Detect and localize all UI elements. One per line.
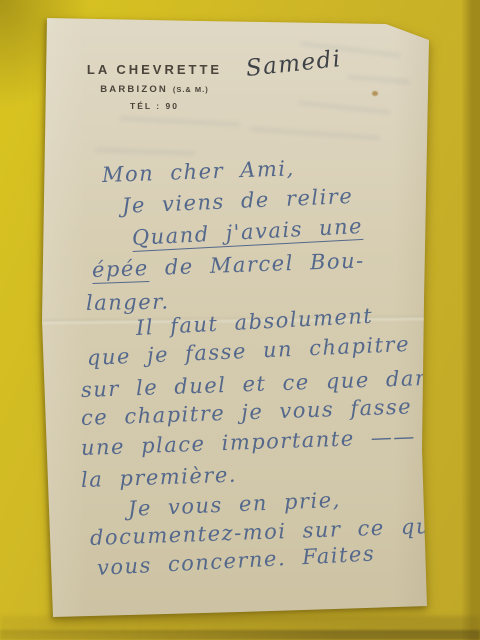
ink-showthrough — [298, 101, 390, 114]
ink-showthrough — [95, 148, 195, 154]
handwritten-line: langer. — [86, 290, 170, 315]
ink-showthrough — [120, 117, 240, 126]
ink-showthrough — [250, 127, 380, 139]
line-rest: de Marcel Bou- — [148, 248, 365, 280]
handwritten-line: Quand j'avais une — [131, 214, 363, 250]
handwritten-date: Samedi — [245, 46, 343, 82]
underlined-word: épée — [92, 256, 150, 284]
handwritten-line: une place importante —— — [81, 424, 417, 460]
handwritten-line: Mon cher Ami, — [102, 156, 295, 187]
letterhead-name: LA CHEVRETTE — [72, 62, 237, 77]
paper-stain-spot — [372, 91, 378, 96]
underlined-title: Quand j'avais une — [131, 214, 363, 252]
letter-paper: LA CHEVRETTE BARBIZON (S.& M.) TÉL : 90 … — [0, 0, 480, 640]
handwritten-line: la première. — [81, 463, 238, 492]
handwritten-line: Je viens de relire — [121, 184, 353, 218]
ink-showthrough — [348, 75, 410, 83]
letterhead-phone: TÉL : 90 — [72, 101, 237, 111]
letterhead-department: (S.& M.) — [173, 85, 209, 94]
photo-stage: LA CHEVRETTE BARBIZON (S.& M.) TÉL : 90 … — [0, 0, 480, 640]
letterhead-town: BARBIZON (S.& M.) — [72, 84, 237, 95]
letter-paper-shadow: LA CHEVRETTE BARBIZON (S.& M.) TÉL : 90 … — [0, 0, 480, 640]
letterhead: LA CHEVRETTE BARBIZON (S.& M.) TÉL : 90 — [72, 62, 237, 111]
handwritten-line: épée de Marcel Bou- — [92, 248, 365, 282]
letterhead-town-text: BARBIZON — [100, 84, 168, 95]
handwritten-line: Je vous en prie, — [127, 488, 341, 521]
handwritten-line: que je fasse un chapitre — [86, 332, 410, 370]
